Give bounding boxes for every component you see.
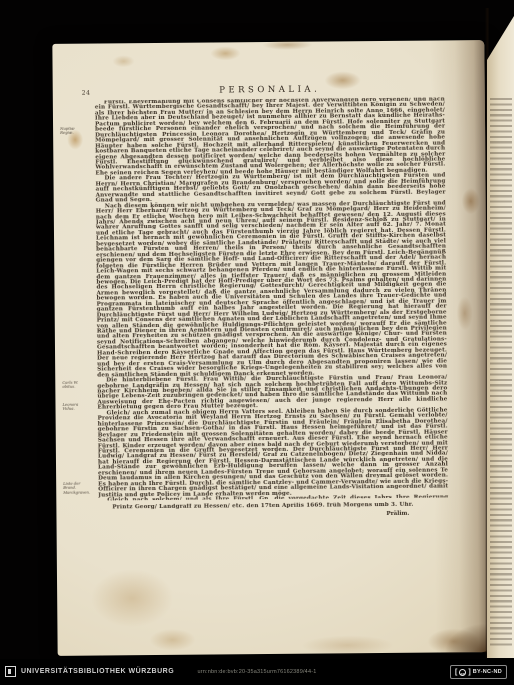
page-stain xyxy=(302,635,394,656)
urn-identifier: urn:nbn:de:bvb:20-35a315urm76162389/44-1 xyxy=(0,669,514,675)
body-paragraphs: Fürstl. Ehevermählung mit Consens sämtli… xyxy=(95,97,448,500)
scanned-page: 24 PERSONALIA. Nuptiæ Regiæ. Carls W. ob… xyxy=(52,40,489,656)
paragraph: Nach diesem können wir nicht umbgehen zu… xyxy=(96,201,448,379)
catchword: Prälim. xyxy=(386,511,409,517)
page-stain xyxy=(462,188,480,214)
page-stain xyxy=(457,296,473,330)
running-header: PERSONALIA. xyxy=(95,83,445,96)
page-stain xyxy=(149,629,195,651)
paragraph: Gleich nach solchem/ und als Ihre Fürstl… xyxy=(98,496,448,501)
paragraph: Die hinterbliebene Fürstl. Frau Wittib/ … xyxy=(97,376,447,412)
viewer-footer: UNIVERSITÄTSBIBLIOTHEK WÜRZBURG urn:nbn:… xyxy=(0,659,514,685)
margin-note: Leonora Vidua. xyxy=(62,403,90,412)
page-stain xyxy=(210,46,240,60)
cc-bracket-left: [ xyxy=(455,669,457,676)
cc-bracket-right: ] xyxy=(468,669,470,676)
page-stain xyxy=(427,628,479,654)
paragraph: Gleich/ auch zumal nach obigem Herrn Vat… xyxy=(98,408,449,498)
page-number: 24 xyxy=(82,90,91,97)
page-stain xyxy=(91,569,174,628)
cc-icon: cc xyxy=(459,669,466,676)
margin-note: Carls W. obitus. xyxy=(62,381,90,390)
margin-note: Nuptiæ Regiæ. xyxy=(60,127,88,136)
page-stain xyxy=(112,55,134,67)
paragraph: Die andere Frau Tochter/ Hertzogin zu Wü… xyxy=(95,174,445,204)
page-stain xyxy=(262,40,312,50)
final-line: Printz Georg/ Landgraff zu Hessen/ etc. … xyxy=(98,501,448,510)
facing-page-text-lines xyxy=(490,98,512,646)
facing-page-edge xyxy=(487,8,514,658)
cc-license-label: BY-NC-ND xyxy=(473,669,502,675)
page-curl-shadow xyxy=(417,618,487,653)
cc-license-badge[interactable]: [ cc ] BY-NC-ND xyxy=(450,665,507,679)
body-text-block: Fürstl. Ehevermählung mit Consens sämtli… xyxy=(95,97,449,520)
scan-viewer: 24 PERSONALIA. Nuptiæ Regiæ. Carls W. ob… xyxy=(0,0,514,685)
margin-note: Liste der Brand. Marckgraven. xyxy=(63,482,91,495)
paragraph: Fürstl. Ehevermählung mit Consens sämtli… xyxy=(95,97,446,176)
